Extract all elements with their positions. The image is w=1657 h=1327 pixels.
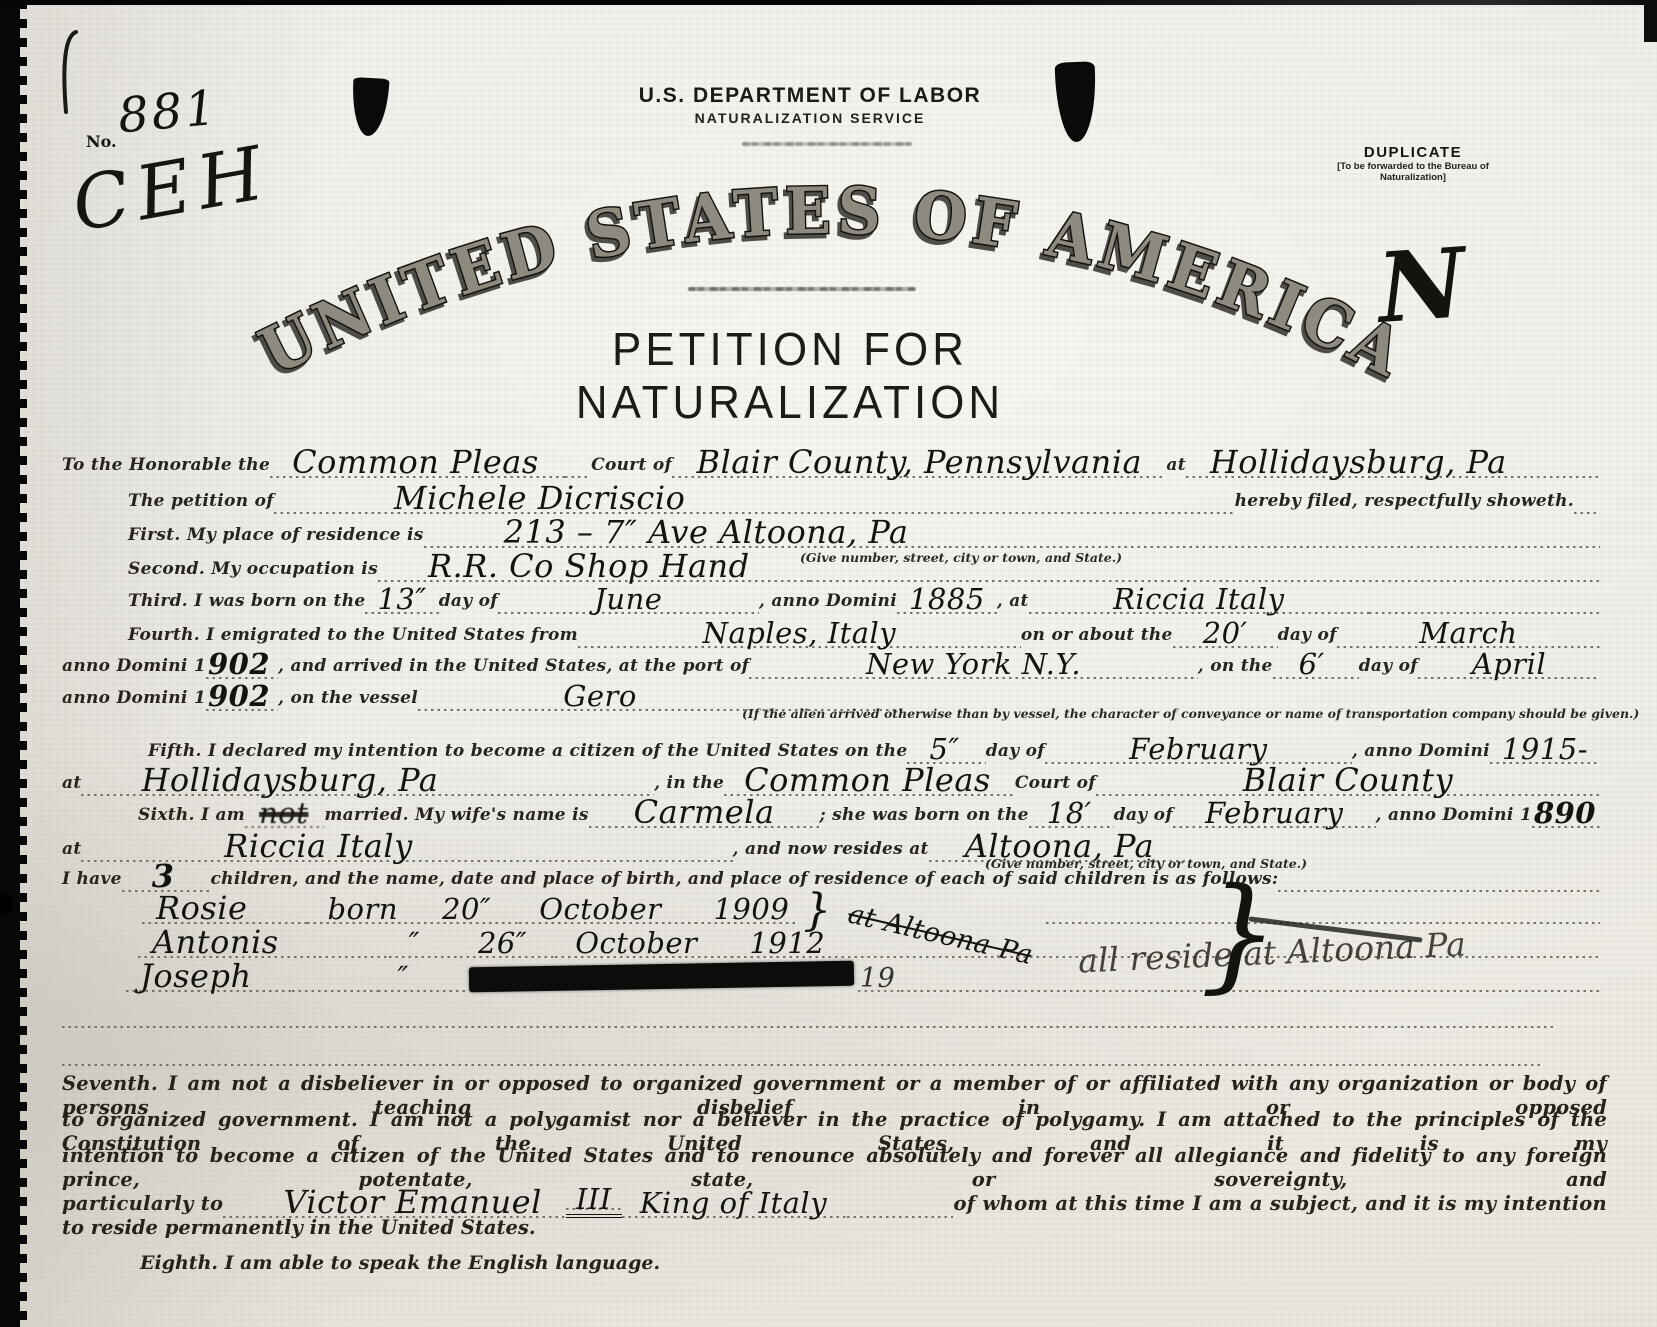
- department-title: U.S. DEPARTMENT OF LABOR: [560, 84, 1060, 108]
- torn-left-edge: [0, 0, 20, 1327]
- scan-corner-mark: [1644, 0, 1657, 42]
- printed-label: of whom at this time I am a subject, and…: [953, 1192, 1607, 1222]
- vessel-hint: (If the alien arrived otherwise than by …: [742, 708, 1639, 721]
- sovereign-title-value: King of Italy: [622, 1189, 847, 1222]
- child-name: Joseph: [126, 960, 292, 996]
- form-number-label: No.: [86, 134, 117, 150]
- punch-hole-mark: [351, 77, 390, 137]
- vessel-name-value: Gero: [418, 682, 782, 715]
- sovereign-numeral-value: III: [566, 1185, 622, 1218]
- redacted-year-fragment: 19: [858, 965, 901, 996]
- blank-dotted-line: [62, 1044, 1542, 1070]
- redaction-bar: [469, 961, 854, 993]
- torn-left-edge-teeth: [18, 0, 27, 1327]
- service-subtitle: NATURALIZATION SERVICE: [560, 110, 1060, 126]
- ditto-mark: ″: [378, 963, 469, 996]
- punch-hole-mark: [1055, 61, 1098, 142]
- scan-top-edge: [0, 0, 1657, 5]
- document-title: PETITION FOR NATURALIZATION: [433, 324, 1147, 430]
- seventh-paragraph-line5: to reside permanently in the United Stat…: [62, 1216, 536, 1239]
- printed-label: , on the vessel: [278, 688, 418, 715]
- petition-document: No. 881 CEH U.S. DEPARTMENT OF LABOR NAT…: [0, 0, 1657, 1327]
- handwritten-n-mark: N: [1375, 235, 1469, 337]
- printed-label: anno Domini 1: [62, 688, 206, 715]
- eighth-clause: Eighth. I am able to speak the English l…: [140, 1252, 660, 1275]
- form-number-value: 881: [116, 84, 220, 141]
- blank-dotted-line: [62, 1006, 1556, 1032]
- pen-mark: [52, 26, 86, 118]
- smudged-microtext: [742, 142, 912, 146]
- vessel-anno-value: 902: [206, 682, 278, 715]
